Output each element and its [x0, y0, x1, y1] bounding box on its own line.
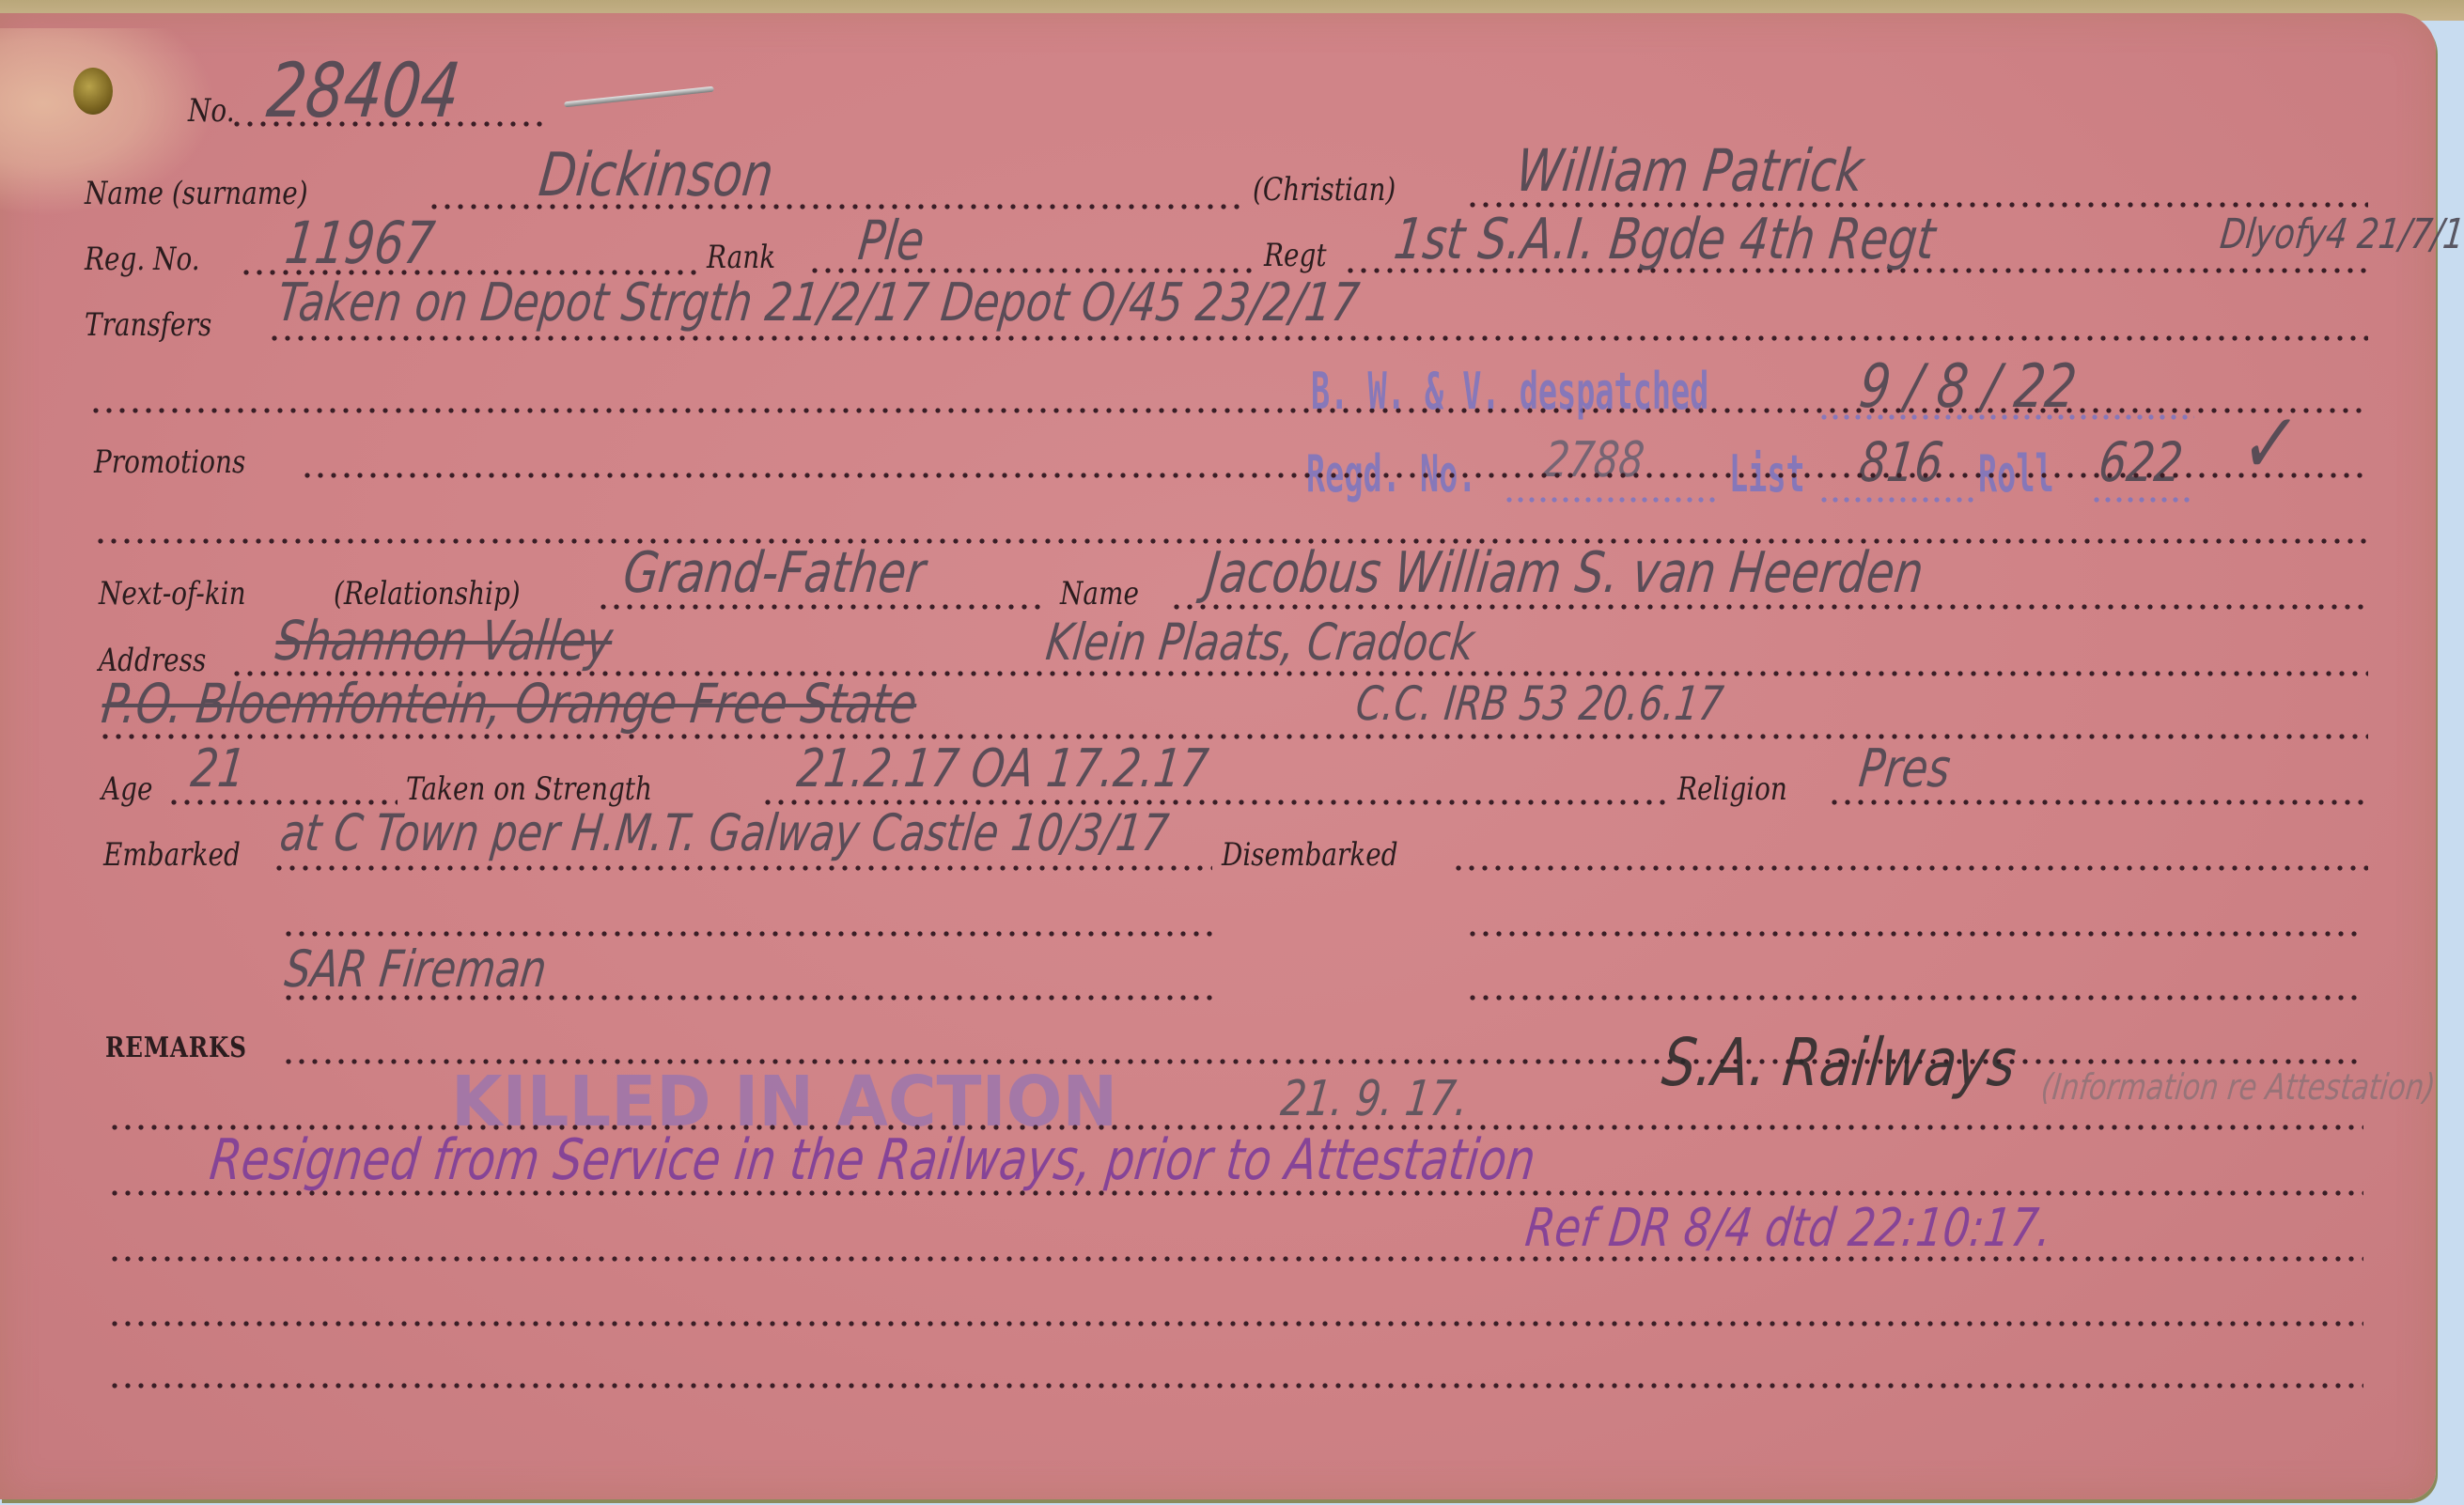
blank-line-right-2 [1466, 994, 2363, 1001]
pencil-note: (Information re Attestation) [2039, 1066, 2438, 1108]
remarks-line-3 [108, 1255, 2363, 1263]
embarked-dotted-line [273, 864, 1212, 872]
surname-label: Name (surname) [85, 175, 308, 212]
rank-label: Rank [707, 239, 775, 276]
religion-dotted-line [1828, 799, 2363, 806]
relationship-label: (Relationship) [334, 575, 521, 613]
regd-no-value: 2788 [1541, 432, 1647, 489]
taken-on-strength-value: 21.2.17 OA 17.2.17 [794, 738, 1211, 799]
disembarked-dotted-line [1452, 864, 2368, 872]
regt-value: 1st S.A.I. Bgde 4th Regt [1391, 207, 1939, 272]
promotions-dotted-line [301, 472, 2368, 479]
taken-on-strength-label: Taken on Strength [406, 770, 652, 808]
new-address-line-2: C.C. IRB 53 20.6.17 [1353, 676, 1726, 731]
kin-name-value: Jacobus William S. van Heerden [1203, 540, 1926, 606]
remarks-line-5 [108, 1382, 2363, 1389]
number-label: No. [188, 92, 235, 130]
brass-rivet-icon [73, 68, 113, 115]
christian-label: (Christian) [1253, 171, 1396, 209]
remarks-line-4 [108, 1320, 2363, 1327]
blank-line-left-2 [282, 994, 1217, 1001]
regt-label: Regt [1264, 237, 1327, 274]
promotions-label: Promotions [94, 443, 245, 481]
occupation-value: SAR Fireman [282, 939, 550, 999]
embarked-value: at C Town per H.M.T. Galway Castle 10/3/… [277, 803, 1171, 862]
transfers-dotted-line [268, 334, 2368, 342]
regt-note: Dlyofy4 21/7/17 [2218, 210, 2464, 258]
kia-date: 21. 9. 17. [1278, 1071, 1471, 1127]
surname-value: Dickinson [536, 141, 777, 210]
remarks-line-2 [108, 1189, 2363, 1197]
rank-value: Ple [855, 209, 928, 272]
list-value: 816 [1856, 430, 1946, 494]
disembarked-label: Disembarked [1222, 836, 1398, 874]
bwv-despatched-value: 9 / 8 / 22 [1856, 352, 2080, 422]
kin-name-label: Name [1060, 575, 1139, 613]
bwv-despatched-stamp: B. W. & V. despatched [1311, 362, 1708, 421]
roll-value: 622 [2096, 430, 2186, 494]
age-label: Age [101, 770, 152, 808]
old-address-line-1: Shannon Valley [273, 609, 616, 673]
sa-railways-signature: S.A. Railways [1659, 1024, 2020, 1101]
religion-label: Religion [1677, 770, 1787, 808]
age-value: 21 [188, 738, 248, 799]
reg-no-value: 11967 [282, 209, 438, 277]
list-stamp-dotted [1818, 496, 1978, 504]
embarked-label: Embarked [103, 836, 241, 874]
old-address-line-2: P.O. Bloemfontein, Orange Free State [99, 672, 920, 736]
card-number: 28404 [263, 47, 464, 134]
transfers-label: Transfers [85, 306, 211, 344]
regd-no-stamp-dotted [1504, 496, 1720, 504]
transfers-value: Taken on Depot Strgth 21/2/17 Depot O/45… [274, 272, 1362, 334]
relationship-value: Grand-Father [620, 540, 928, 606]
remarks-resigned-note: Resigned from Service in the Railways, p… [207, 1127, 1539, 1193]
reg-no-label: Reg. No. [85, 240, 200, 278]
new-address-line-1: Klein Plaats, Cradock [1043, 613, 1477, 672]
next-of-kin-label: Next-of-kin [99, 575, 246, 613]
remarks-reference: Ref DR 8/4 dtd 22:10:17. [1522, 1198, 2054, 1259]
blank-line-right-1 [1466, 930, 2363, 938]
religion-value: Pres [1856, 738, 1954, 799]
christian-value: William Patrick [1513, 136, 1867, 205]
roll-stamp-dotted [2091, 496, 2194, 504]
blank-line-left-1 [282, 930, 1217, 938]
remarks-label: REMARKS [105, 1032, 247, 1064]
